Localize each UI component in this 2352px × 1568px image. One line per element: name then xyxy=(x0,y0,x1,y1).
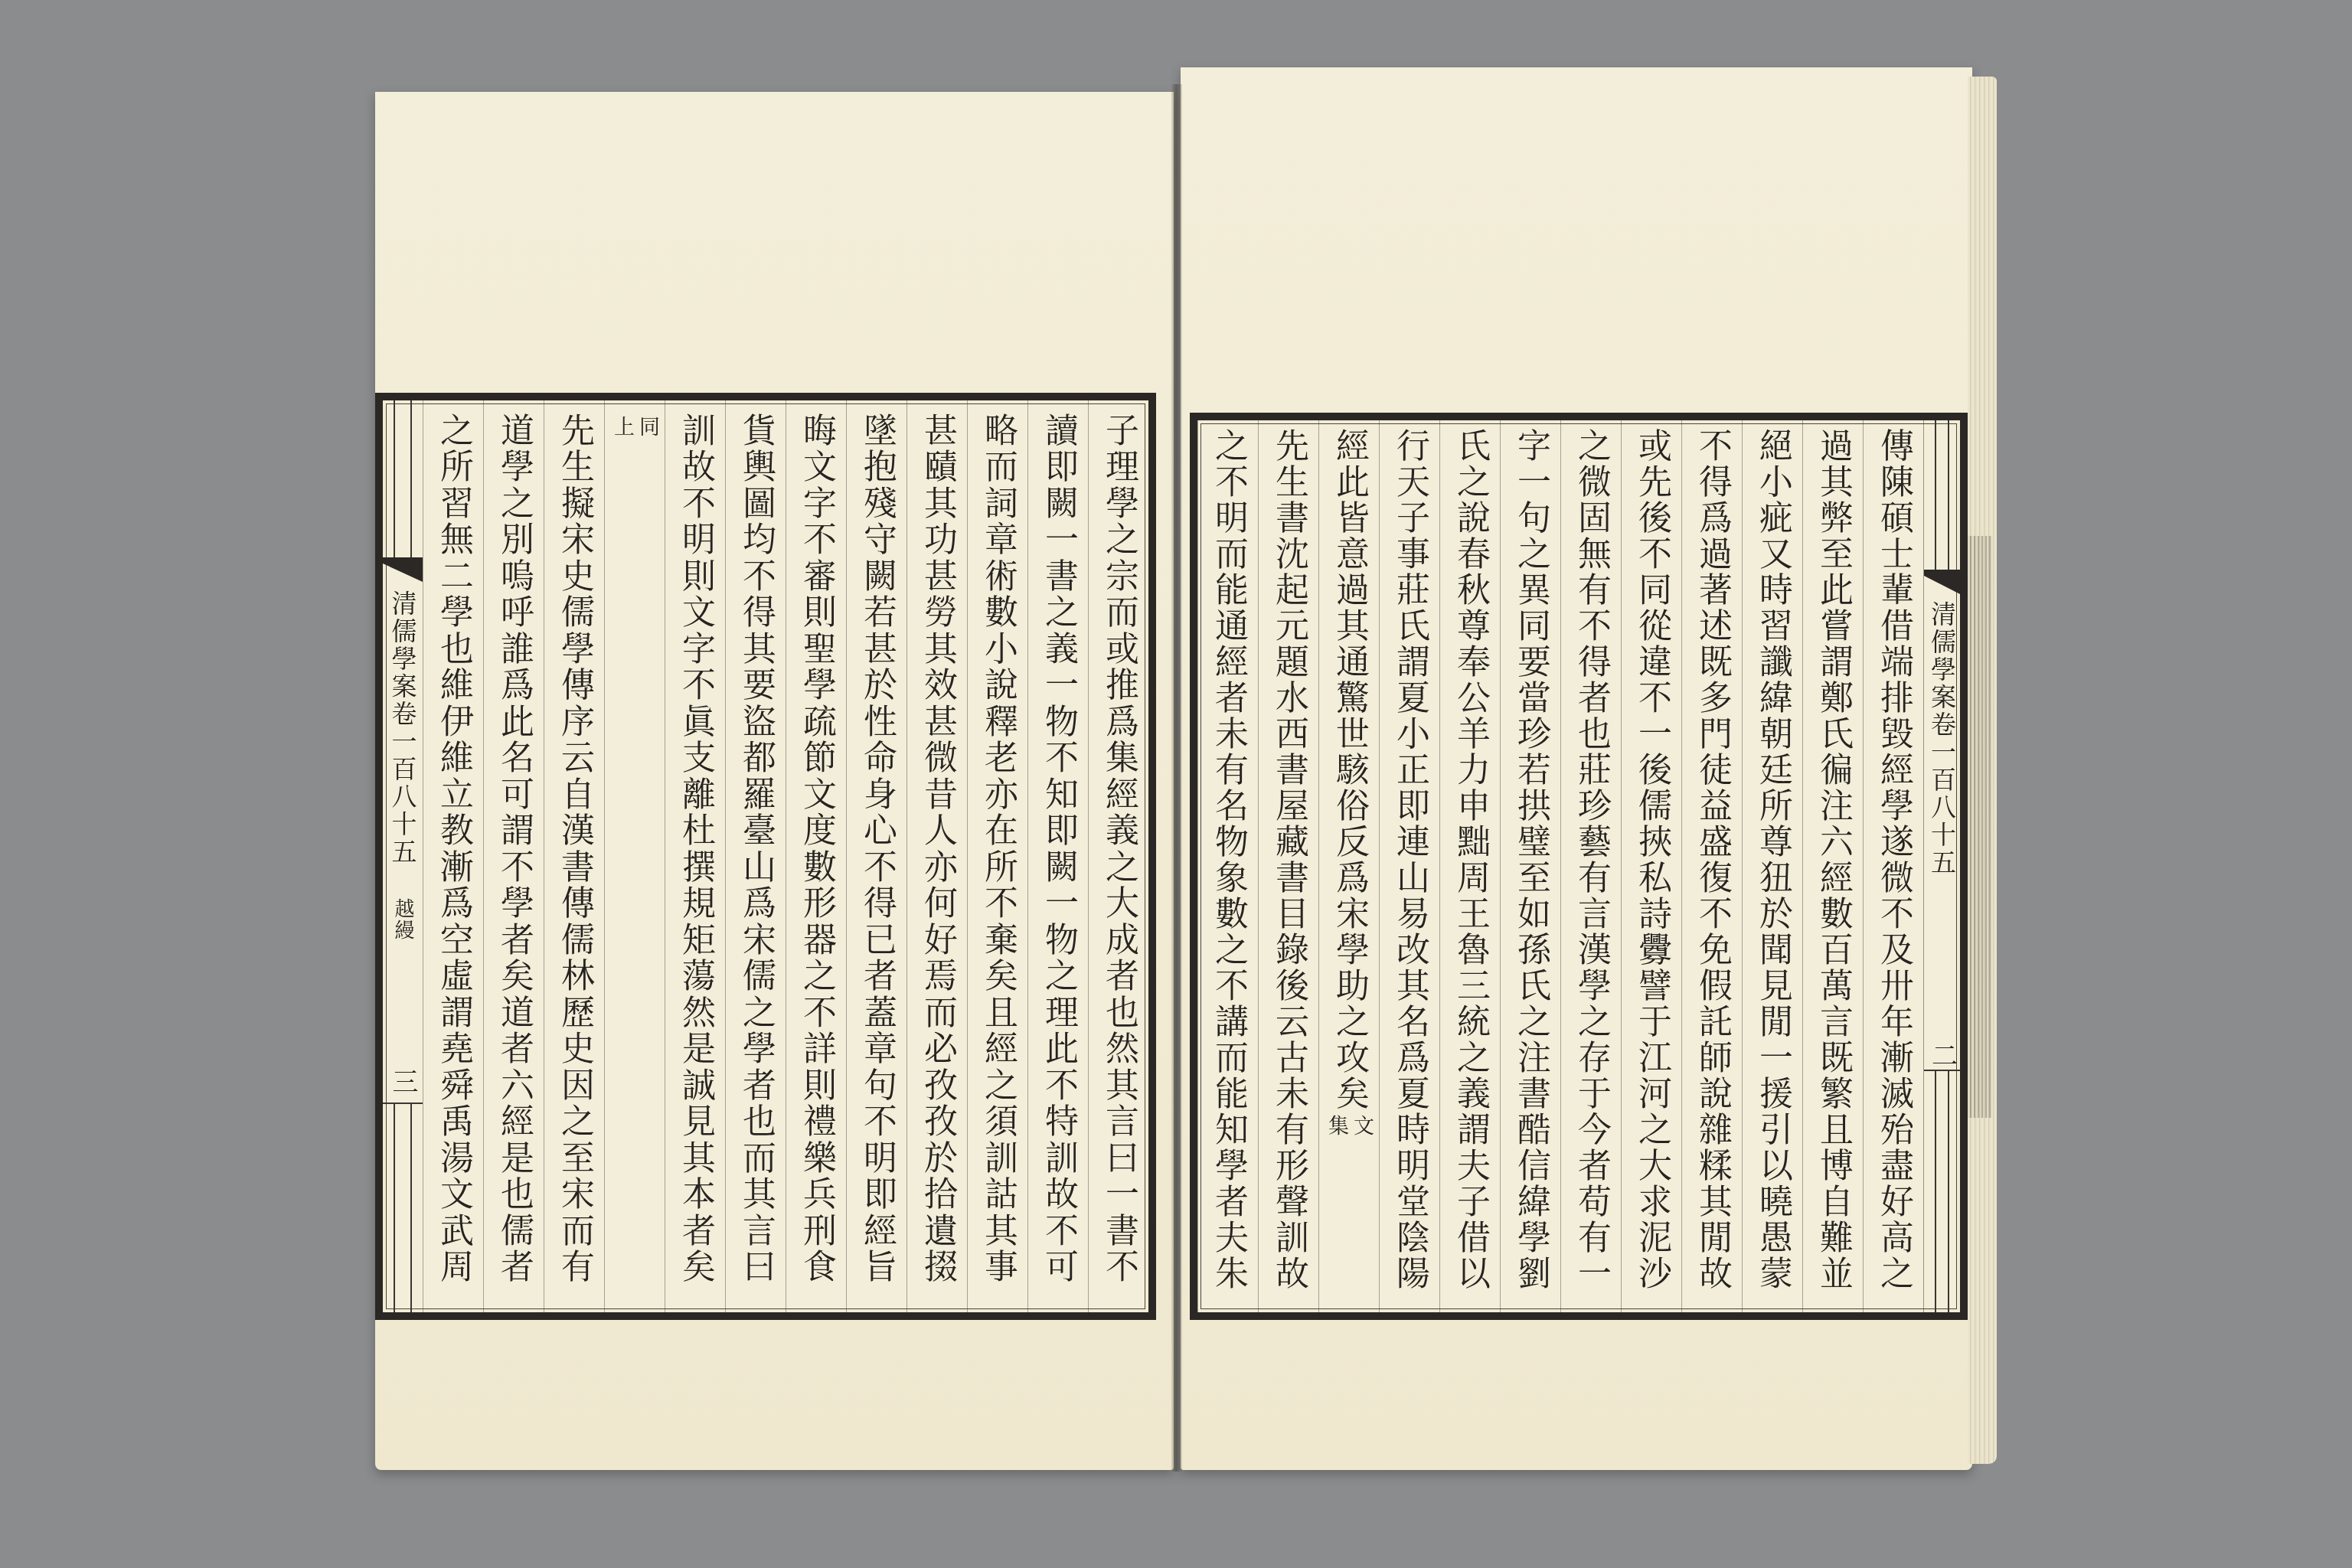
text-column: 墜抱殘守闕若甚於性命身心不得已者蓋章句不明即經旨 xyxy=(846,400,906,1312)
banxin-section: 越縵 xyxy=(393,898,413,941)
text-column: 字一句之異同要當珍若拱璧至如孫氏之注書酷信緯學劉 xyxy=(1500,420,1560,1312)
column-text: 經此皆意過其通驚世駭俗反爲宋學助之攻矣 xyxy=(1332,428,1366,1112)
column-text: 晦文字不審則聖學疏節文度數形器之不詳則禮樂兵刑食 xyxy=(799,413,833,1285)
column-text: 訓故不明則文字不眞支離杜撰規矩蕩然是誠見其本者矣 xyxy=(678,413,712,1285)
column-text: 略而詞章術數小說釋老亦在所不棄矣且經之須訓詁其事 xyxy=(981,413,1014,1285)
banxin-double-rule xyxy=(1935,420,1949,570)
text-column: 略而詞章術數小說釋老亦在所不棄矣且經之須訓詁其事 xyxy=(967,400,1027,1312)
note-line: 同 xyxy=(637,416,658,436)
fishtail-mark-icon xyxy=(1924,570,1960,594)
column-text: 傳陳碩士輩借端排毀經學遂微不及卅年漸滅殆盡好高之 xyxy=(1877,428,1910,1292)
column-text: 墜抱殘守闕若甚於性命身心不得已者蓋章句不明即經旨 xyxy=(860,413,893,1285)
column-text: 氏之說春秋尊奉公羊力申黜周王魯三統之義謂夫子借以 xyxy=(1453,428,1487,1292)
note-line: 文 xyxy=(1351,1115,1372,1135)
text-column: 道學之別嗚呼誰爲此名可謂不學者矣道者六經是也儒者 xyxy=(483,400,544,1312)
column-text: 貨輿圖均不得其要盜都羅臺山爲宋儒之學者也而其言曰 xyxy=(739,413,773,1285)
interlinear-note: 文 集 xyxy=(1326,1115,1372,1135)
banxin-margin: 清儒學案卷一百八十五 二 xyxy=(1923,420,1960,1312)
text-column: 或先後不同從違不一後儒挾私詩釁譬于江河之大求泥沙 xyxy=(1621,420,1681,1312)
interlinear-note: 同 上 xyxy=(612,416,658,436)
text-column: 貨輿圖均不得其要盜都羅臺山爲宋儒之學者也而其言曰 xyxy=(725,400,786,1312)
column-text: 先生書沈起元題水西書屋藏書目錄後云古未有形聲訓故 xyxy=(1272,428,1305,1292)
text-column: 甚賾其功甚勞其效甚微昔人亦何好焉而必孜孜於拾遺掇 xyxy=(906,400,967,1312)
column-text: 之所習無二學也維伊維立教漸爲空虛謂堯舜禹湯文武周 xyxy=(436,413,470,1285)
column-text: 之微固無有不得者也莊珍藝有言漢學之存于今者苟有一 xyxy=(1574,428,1608,1292)
text-column: 先生書沈起元題水西書屋藏書目錄後云古未有形聲訓故 xyxy=(1258,420,1318,1312)
column-text: 過其弊至此嘗謂鄭氏徧注六經數百萬言既繁且博自難並 xyxy=(1816,428,1850,1292)
left-text-frame: 子理學之宗而或推爲集經義之大成者也然其言曰一書不 讀即闕一書之義一物不知即闕一物… xyxy=(375,393,1156,1320)
text-column: 之所習無二學也維伊維立教漸爲空虛謂堯舜禹湯文武周 xyxy=(423,400,483,1312)
text-column: 晦文字不審則聖學疏節文度數形器之不詳則禮樂兵刑食 xyxy=(786,400,846,1312)
banxin-margin: 清儒學案卷一百八十五 越縵 三 xyxy=(383,400,423,1312)
note-line: 上 xyxy=(612,416,632,436)
column-text: 字一句之異同要當珍若拱璧至如孫氏之注書酷信緯學劉 xyxy=(1514,428,1547,1292)
banxin-title: 清儒學案卷一百八十五 xyxy=(1929,601,1955,877)
text-column: 傳陳碩士輩借端排毀經學遂微不及卅年漸滅殆盡好高之 xyxy=(1863,420,1923,1312)
column-text: 子理學之宗而或推爲集經義之大成者也然其言曰一書不 xyxy=(1102,413,1135,1285)
banxin-title: 清儒學案卷一百八十五 xyxy=(390,590,416,866)
book-gutter xyxy=(1171,84,1182,1472)
text-column: 訓故不明則文字不眞支離杜撰規矩蕩然是誠見其本者矣 xyxy=(665,400,725,1312)
text-column: 先生擬宋史儒學傳序云自漢書傳儒林歷史因之至宋而有 xyxy=(544,400,604,1312)
text-column: 讀即闕一書之義一物不知即闕一物之理此不特訓故不可 xyxy=(1027,400,1088,1312)
column-text: 道學之別嗚呼誰爲此名可謂不學者矣道者六經是也儒者 xyxy=(497,413,531,1285)
text-column: 不得爲過著述既多門徒益盛復不免假託師說雜糅其閒故 xyxy=(1681,420,1742,1312)
banxin-double-rule xyxy=(394,400,412,557)
text-column: 行天子事莊氏謂夏小正即連山易改其名爲夏時明堂陰陽 xyxy=(1379,420,1439,1312)
column-text: 絕小疵又時習讖緯朝廷所尊狃於聞見閒一援引以曉愚蒙 xyxy=(1756,428,1789,1292)
column-text: 讀即闕一書之義一物不知即闕一物之理此不特訓故不可 xyxy=(1041,413,1075,1285)
column-text: 或先後不同從違不一後儒挾私詩釁譬于江河之大求泥沙 xyxy=(1635,428,1668,1292)
page-number: 三 xyxy=(390,1068,416,1094)
column-text: 之不明而能通經者未有名物象數之不講而能知學者夫朱 xyxy=(1211,428,1245,1292)
column-text: 先生擬宋史儒學傳序云自漢書傳儒林歷史因之至宋而有 xyxy=(557,413,591,1285)
source-note-column: 同 上 xyxy=(604,400,665,1312)
page-number: 二 xyxy=(1929,1042,1955,1068)
text-column: 過其弊至此嘗謂鄭氏徧注六經數百萬言既繁且博自難並 xyxy=(1802,420,1863,1312)
banxin-double-rule xyxy=(1935,1071,1949,1312)
banxin-double-rule xyxy=(394,1104,412,1312)
page-stack-ink-marks xyxy=(1966,536,1992,1118)
text-column: 之微固無有不得者也莊珍藝有言漢學之存于今者苟有一 xyxy=(1560,420,1621,1312)
fishtail-mark-icon xyxy=(383,557,423,582)
text-column: 氏之說春秋尊奉公羊力申黜周王魯三統之義謂夫子借以 xyxy=(1439,420,1500,1312)
column-text: 甚賾其功甚勞其效甚微昔人亦何好焉而必孜孜於拾遺掇 xyxy=(920,413,954,1285)
column-text: 不得爲過著述既多門徒益盛復不免假託師說雜糅其閒故 xyxy=(1695,428,1729,1292)
right-text-frame: 清儒學案卷一百八十五 二 傳陳碩士輩借端排毀經學遂微不及卅年漸滅殆盡好高之 過其… xyxy=(1190,413,1968,1320)
column-text: 行天子事莊氏謂夏小正即連山易改其名爲夏時明堂陰陽 xyxy=(1393,428,1426,1292)
text-column: 之不明而能通經者未有名物象數之不講而能知學者夫朱 xyxy=(1197,420,1258,1312)
text-column: 子理學之宗而或推爲集經義之大成者也然其言曰一書不 xyxy=(1088,400,1148,1312)
note-line: 集 xyxy=(1326,1115,1347,1135)
text-column: 絕小疵又時習讖緯朝廷所尊狃於聞見閒一援引以曉愚蒙 xyxy=(1742,420,1802,1312)
text-column: 經此皆意過其通驚世駭俗反爲宋學助之攻矣 文 集 xyxy=(1318,420,1379,1312)
